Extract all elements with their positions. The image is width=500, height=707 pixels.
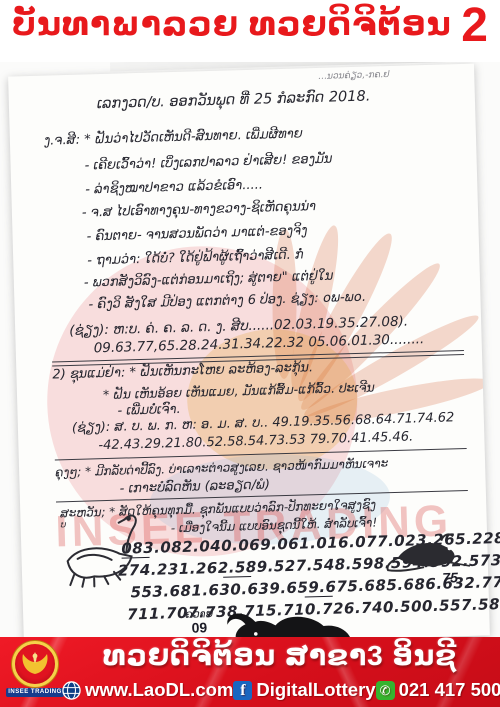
website-contact: www.LaoDL.com bbox=[62, 679, 233, 701]
handwritten-note-paper: INSEE TRADING …ນວນຄ່ຽວ,-ກຄ.ຢ ເລກງວດ/ບ. ອ… bbox=[8, 64, 490, 649]
edition-number: 2 bbox=[461, 0, 488, 53]
swan-drawing: ບ bbox=[58, 511, 156, 592]
number-underline bbox=[223, 576, 251, 578]
rat-drawing bbox=[383, 526, 470, 576]
handwritten-line: - ພວກສັງວິລົງ-ແຕ່ກ່ອນມາເຖິງ; ສູ່ຕາຍ" ແຕ່… bbox=[84, 269, 334, 291]
globe-icon bbox=[62, 681, 81, 700]
photo-area: INSEE TRADING …ນວນຄ່ຽວ,-ກຄ.ຢ ເລກງວດ/ບ. ອ… bbox=[0, 60, 500, 640]
facebook-text: DigitalLottery bbox=[256, 679, 375, 701]
handwritten-date: ເລກງວດ/ບ. ອອກວັນພຸດ ທີ່ 25 ກໍລະກົດ 2018. bbox=[97, 89, 371, 113]
handwritten-line: ຄຸງໆ; * ມີກລັບດ່າປີ້ລົງ. ບ່າເລາະຕ່າວສູງເ… bbox=[55, 456, 388, 479]
number-underline bbox=[305, 596, 333, 598]
top-banner: ບັນທາພາລວຍ ທວຍດິຈິຕ້ອນ 2 bbox=[0, 0, 500, 62]
logo-caption: INSEE TRADING bbox=[6, 688, 64, 697]
company-logo: INSEE TRADING bbox=[6, 641, 64, 703]
handwritten-line: - ເຄີຍເວົ້າວ່າ! ເບິ່ງເລກປາລາວ ຢ່າເສີຍ! ຂ… bbox=[84, 152, 332, 174]
handwritten-line: - ຄົງວິ ສັງໃສ ມີປ່ອງ ແຕກຕ່າງ 6 ປ່ອງ. ຊ່ຽ… bbox=[88, 290, 366, 313]
contact-row: www.LaoDL.com f DigitalLottery ✆ 021 417… bbox=[62, 677, 492, 703]
handwritten-line: - ເກາະບໍລົດຫັນ (ລະອຽດ/ພໍ) bbox=[119, 477, 270, 496]
handwritten-line: - ຄົນຕາຍ- ຈານສວນພັດວ່າ ມາແຕ່-ຂອງຈິງ bbox=[86, 223, 307, 244]
handwritten-line: * ຝັນ ເຫັນອ້ອຍ ເຫັນແມຍ, ມັນແກ້ສົ້ມ-ແກ້ລົ… bbox=[103, 380, 375, 403]
lottery-flyer: ບັນທາພາລວຍ ທວຍດິຈິຕ້ອນ 2 bbox=[0, 0, 500, 707]
footer-brand-title: ທວຍດິຈິຕ້ອນ ສາຂາ3 ອິນຊີ bbox=[70, 639, 490, 672]
handwritten-line: ງ.ຈ.ສີ: * ຝັນວ່າໄປວັດເຫັນດີ-ສົນທາຍ. ເພີ່… bbox=[44, 126, 303, 148]
phone-number-text: 021 417 500 bbox=[399, 679, 500, 701]
corner-scribble: …ນວນຄ່ຽວ,-ກຄ.ຢ bbox=[318, 70, 390, 82]
facebook-contact: f DigitalLottery bbox=[233, 679, 375, 701]
eagle-logo-icon bbox=[12, 641, 58, 687]
handwritten-line: - ລ່າຊິງໝາປາຂາວ ແລ້ວຂໍເອົາ..... bbox=[85, 178, 263, 198]
phone-icon: ✆ bbox=[376, 681, 395, 700]
handwritten-line: - ຈ.ສ ໄປເອົາທາງຄຸນ-ທາງຂວາງ-ຊິເຫັດຄຸນນ່າ bbox=[82, 199, 317, 221]
handwritten-line: - ເພີ່ມບໍ່ເຈົາ. bbox=[117, 402, 181, 419]
footer-banner: INSEE TRADING ທວຍດິຈິຕ້ອນ ສາຂາ3 ອິນຊີ ww… bbox=[0, 637, 500, 707]
phone-contact: ✆ 021 417 500 bbox=[376, 679, 500, 701]
handwritten-line: - ເມື່ອງໃຈນີ້ມ ແບບອົນຊຸດນີ້ໃຫ້. ສໍາລັບເຈ… bbox=[171, 515, 378, 535]
handwritten-line: - ຖາມວ່າ: ໃດ້ບໍ່? ໃດ້ຢູ່ຟ້າຜູ້ເຖົ້າວ່າສີ… bbox=[87, 247, 304, 268]
svg-text:ບ: ບ bbox=[59, 519, 66, 529]
website-text: www.LaoDL.com bbox=[85, 679, 233, 701]
facebook-icon: f bbox=[233, 681, 252, 700]
animal-number: 09 bbox=[191, 619, 207, 635]
page-title: ບັນທາພາລວຍ ທວຍດິຈິຕ້ອນ bbox=[12, 4, 452, 43]
